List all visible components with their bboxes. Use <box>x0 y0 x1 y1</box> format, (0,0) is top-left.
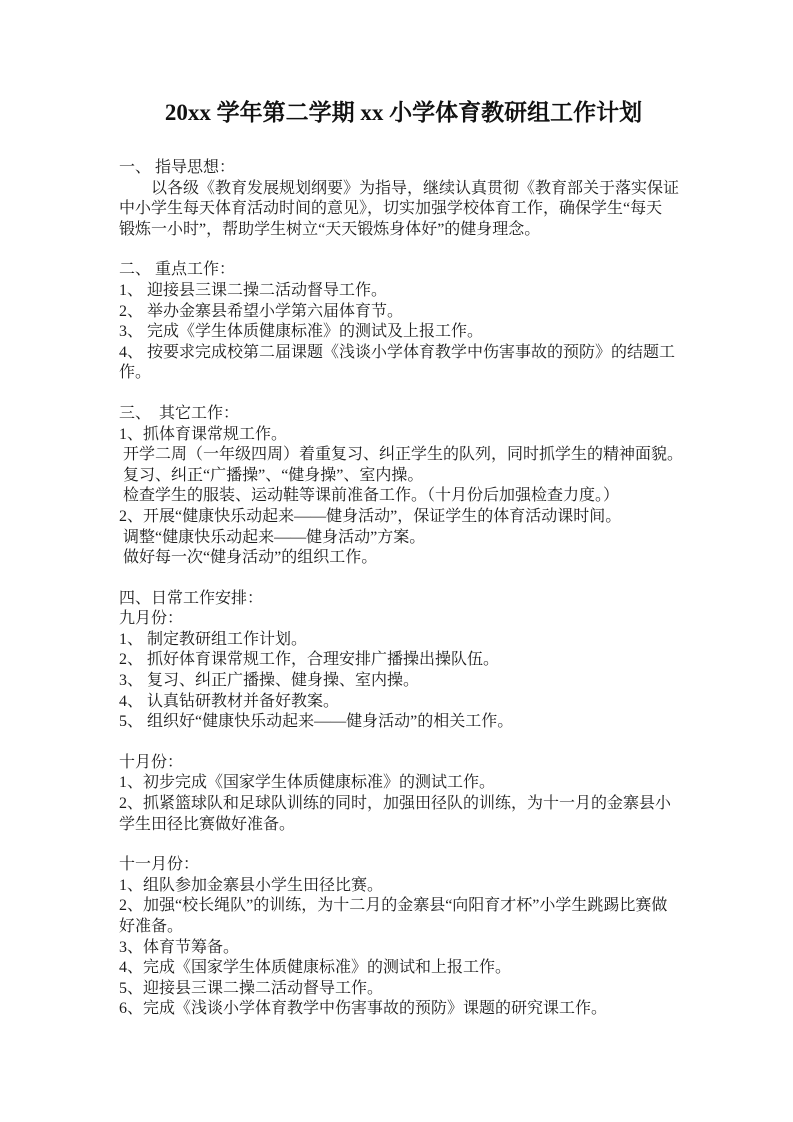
text-line: 2、抓紧篮球队和足球队训练的同时，加强田径队的训练，为十一月的金寨县小 <box>119 794 688 815</box>
text-line: 5、 组织好“健康快乐动起来——健身活动”的相关工作。 <box>119 712 688 733</box>
text-line: 3、 复习、纠正广播操、健身操、室内操。 <box>119 671 688 692</box>
document-page: 20xx 学年第二学期 xx 小学体育教研组工作计划 一、 指导思想： 以各级《… <box>0 0 793 1122</box>
text-line: 2、 抓好体育课常规工作，合理安排广播操出操队伍。 <box>119 650 688 671</box>
text-line: 锻炼一小时”，帮助学生树立“天天锻炼身体好”的健身理念。 <box>119 220 688 241</box>
text-line: 1、 迎接县三课二操二活动督导工作。 <box>119 281 688 302</box>
text-line: 十一月份： <box>119 855 688 876</box>
text-line: 5、迎接县三课二操二活动督导工作。 <box>119 979 688 1000</box>
text-line: 2、加强“校长绳队”的训练，为十二月的金寨县“向阳育才杯”小学生跳踢比赛做 <box>119 896 688 917</box>
text-line: 十月份： <box>119 753 688 774</box>
section-guiding-thought: 一、 指导思想： 以各级《教育发展规划纲要》为指导，继续认真贯彻《教育部关于落实… <box>119 158 688 240</box>
text-line: 1、组队参加金寨县小学生田径比赛。 <box>119 876 688 897</box>
text-line: 1、抓体育课常规工作。 <box>119 425 688 446</box>
text-line: 学生田径比赛做好准备。 <box>119 815 688 836</box>
text-line: 四、日常工作安排： <box>119 589 688 610</box>
text-line: 2、开展“健康快乐动起来——健身活动”，保证学生的体育活动课时间。 <box>119 507 688 528</box>
text-line: 3、体育节筹备。 <box>119 938 688 959</box>
section-key-work: 二、 重点工作：1、 迎接县三课二操二活动督导工作。2、 举办金寨县希望小学第六… <box>119 260 688 384</box>
text-line: 复习、纠正“广播操”、“健身操”、室内操。 <box>119 466 688 487</box>
text-line: 二、 重点工作： <box>119 260 688 281</box>
text-line: 4、 认真钻研教材并备好教案。 <box>119 692 688 713</box>
text-line: 三、 其它工作： <box>119 404 688 425</box>
text-line: 做好每一次“健身活动”的组织工作。 <box>119 548 688 569</box>
section-daily-arrangement-september: 四、日常工作安排：九月份：1、 制定教研组工作计划。2、 抓好体育课常规工作，合… <box>119 589 688 733</box>
document-body: 一、 指导思想： 以各级《教育发展规划纲要》为指导，继续认真贯彻《教育部关于落实… <box>119 158 688 1020</box>
section-october: 十月份：1、初步完成《国家学生体质健康标准》的测试工作。2、抓紧篮球队和足球队训… <box>119 753 688 835</box>
text-line: 调整“健康快乐动起来——健身活动”方案。 <box>119 528 688 549</box>
text-line: 作。 <box>119 363 688 384</box>
section-other-work: 三、 其它工作：1、抓体育课常规工作。 开学二周（一年级四周）着重复习、纠正学生… <box>119 404 688 569</box>
document-title: 20xx 学年第二学期 xx 小学体育教研组工作计划 <box>119 98 688 128</box>
text-line: 1、初步完成《国家学生体质健康标准》的测试工作。 <box>119 773 688 794</box>
text-line: 6、完成《浅谈小学体育教学中伤害事故的预防》课题的研究课工作。 <box>119 999 688 1020</box>
text-line: 九月份： <box>119 609 688 630</box>
text-line: 4、完成《国家学生体质健康标准》的测试和上报工作。 <box>119 958 688 979</box>
text-line: 4、 按要求完成校第二届课题《浅谈小学体育教学中伤害事故的预防》的结题工 <box>119 343 688 364</box>
text-line: 一、 指导思想： <box>119 158 688 179</box>
text-line: 开学二周（一年级四周）着重复习、纠正学生的队列，同时抓学生的精神面貌。 <box>119 445 688 466</box>
text-line: 中小学生每天体育活动时间的意见》，切实加强学校体育工作，确保学生“每天 <box>119 199 688 220</box>
text-line: 3、 完成《学生体质健康标准》的测试及上报工作。 <box>119 322 688 343</box>
section-november: 十一月份：1、组队参加金寨县小学生田径比赛。2、加强“校长绳队”的训练，为十二月… <box>119 855 688 1020</box>
text-line: 检查学生的服装、运动鞋等课前准备工作。（十月份后加强检查力度。） <box>119 486 688 507</box>
text-line: 好准备。 <box>119 917 688 938</box>
text-line: 以各级《教育发展规划纲要》为指导，继续认真贯彻《教育部关于落实保证 <box>119 179 688 200</box>
text-line: 2、 举办金寨县希望小学第六届体育节。 <box>119 302 688 323</box>
text-line: 1、 制定教研组工作计划。 <box>119 630 688 651</box>
